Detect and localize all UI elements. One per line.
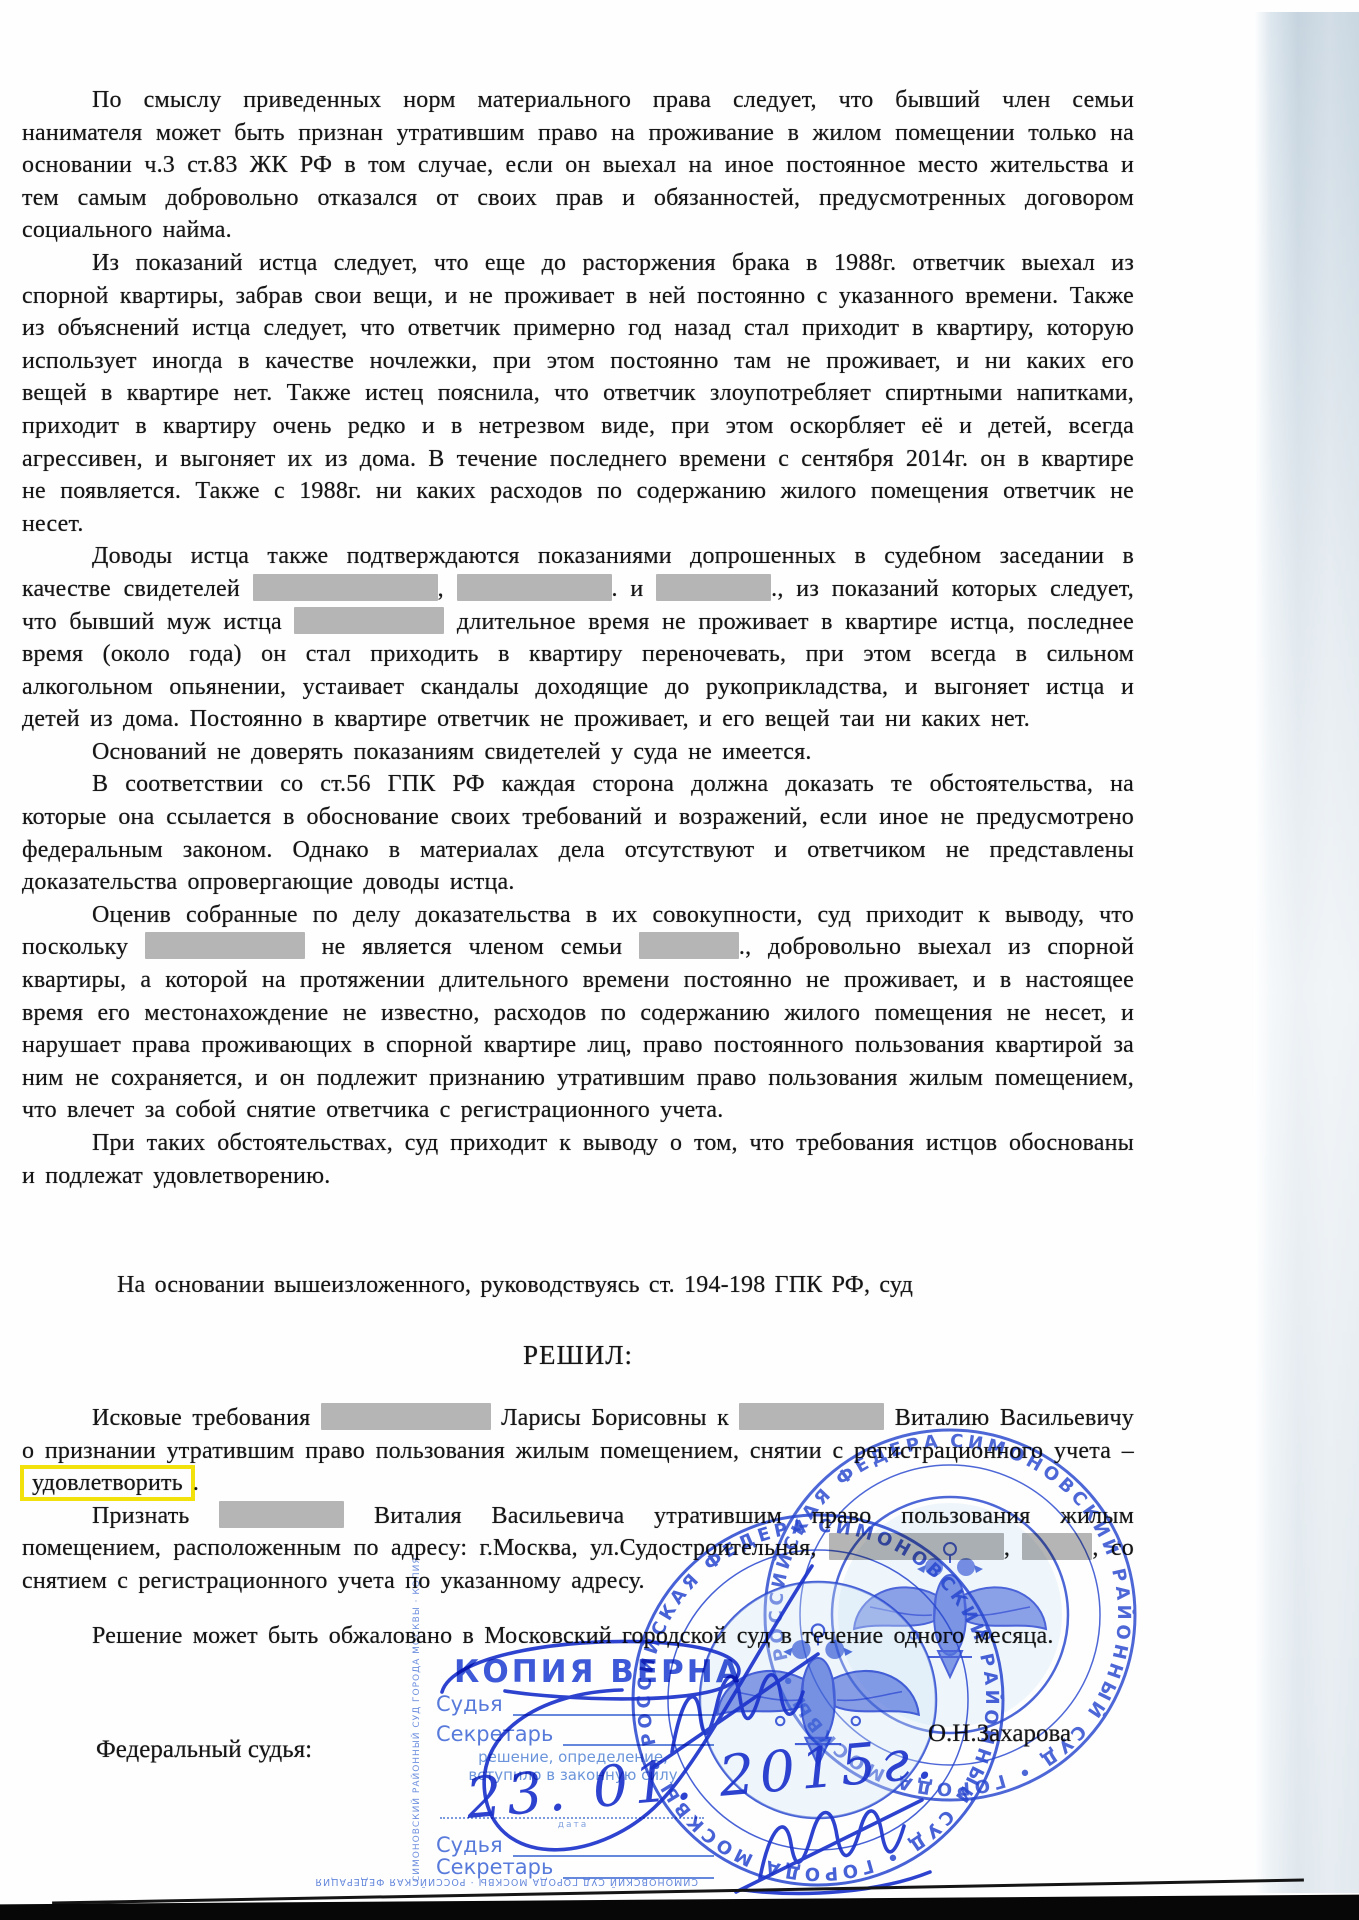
stamp-judge-row: Судья <box>436 1692 714 1716</box>
legal-basis-line: На основании вышеизложенного, руководств… <box>22 1272 1134 1299</box>
stamp-side-text: СИМОНОВСКИЙ РАЙОННЫЙ СУД ГОРОДА МОСКВЫ ·… <box>412 1662 422 1882</box>
paragraph: В соответствии со ст.56 ГПК РФ каждая ст… <box>22 768 1134 898</box>
redaction-block <box>656 574 771 601</box>
scan-edge-shadow <box>1254 12 1359 1893</box>
redaction-block <box>739 1403 884 1430</box>
decision-body-text: По смыслу приведенных норм материального… <box>22 84 1134 1192</box>
redaction-block <box>219 1501 344 1528</box>
stamp-note-line1: решение, определение, <box>424 1748 722 1766</box>
stamp-bottom-edge-text: СИМОНОВСКИЙ СУД ГОРОДА МОСКВЫ · РОССИЙСК… <box>448 1876 698 1887</box>
redaction-block <box>1022 1533 1092 1560</box>
signature-line <box>563 1743 714 1746</box>
highlighted-word: удовлетворить <box>20 1465 195 1501</box>
stamp-judge-label: Судья <box>436 1692 503 1716</box>
stamp-judge-label: Судья <box>436 1833 503 1857</box>
redaction-block <box>829 1533 1004 1560</box>
stamp-title: КОПИЯ ВЕРНА <box>454 1654 743 1690</box>
paragraph: Оценив собранные по делу доказательства … <box>22 899 1134 1127</box>
redaction-block <box>145 932 305 959</box>
date-line <box>440 1817 704 1819</box>
scanned-court-decision-page: По смыслу приведенных норм материального… <box>0 0 1359 1920</box>
paragraph: Из показаний истца следует, что еще до р… <box>22 247 1134 540</box>
copy-verna-stamp: СИМОНОВСКИЙ РАЙОННЫЙ СУД ГОРОДА МОСКВЫ ·… <box>424 1652 722 1892</box>
signature-line <box>513 1713 714 1716</box>
redaction-block <box>321 1403 491 1430</box>
redaction-block <box>253 574 438 601</box>
redaction-block <box>294 607 444 634</box>
scan-bottom-bar <box>0 1893 1359 1920</box>
paragraph: Решение может быть обжаловано в Московск… <box>22 1620 1134 1653</box>
appeal-clause-text: Решение может быть обжаловано в Московск… <box>22 1620 1134 1653</box>
paragraph: Оснований не доверять показаниям свидете… <box>22 736 1134 769</box>
federal-judge-label: Федеральный судья: <box>96 1736 312 1764</box>
redaction-block <box>639 932 739 959</box>
paragraph: По смыслу приведенных норм материального… <box>22 84 1134 247</box>
redaction-block <box>457 574 612 601</box>
stamp-secretary-row: Секретарь <box>436 1722 714 1746</box>
paragraph: При таких обстоятельствах, суд приходит … <box>22 1127 1134 1192</box>
date-caption: дата <box>424 1820 722 1830</box>
paragraph: Исковые требования Ларисы Борисовны к Ви… <box>22 1402 1134 1500</box>
paragraph: Признать Виталия Васильевича утратившим … <box>22 1500 1134 1598</box>
judge-name: О.Н.Захарова <box>928 1720 1071 1748</box>
stamp-judge-row-2: Судья <box>436 1833 714 1857</box>
resolution-text: Исковые требования Ларисы Борисовны к Ви… <box>22 1402 1134 1598</box>
stamp-note-line2: вступило в законную силу <box>424 1766 722 1784</box>
stamp-secretary-label: Секретарь <box>436 1722 553 1746</box>
paragraph: Доводы истца также подтверждаются показа… <box>22 540 1134 736</box>
resolved-heading: РЕШИЛ: <box>22 1340 1134 1371</box>
